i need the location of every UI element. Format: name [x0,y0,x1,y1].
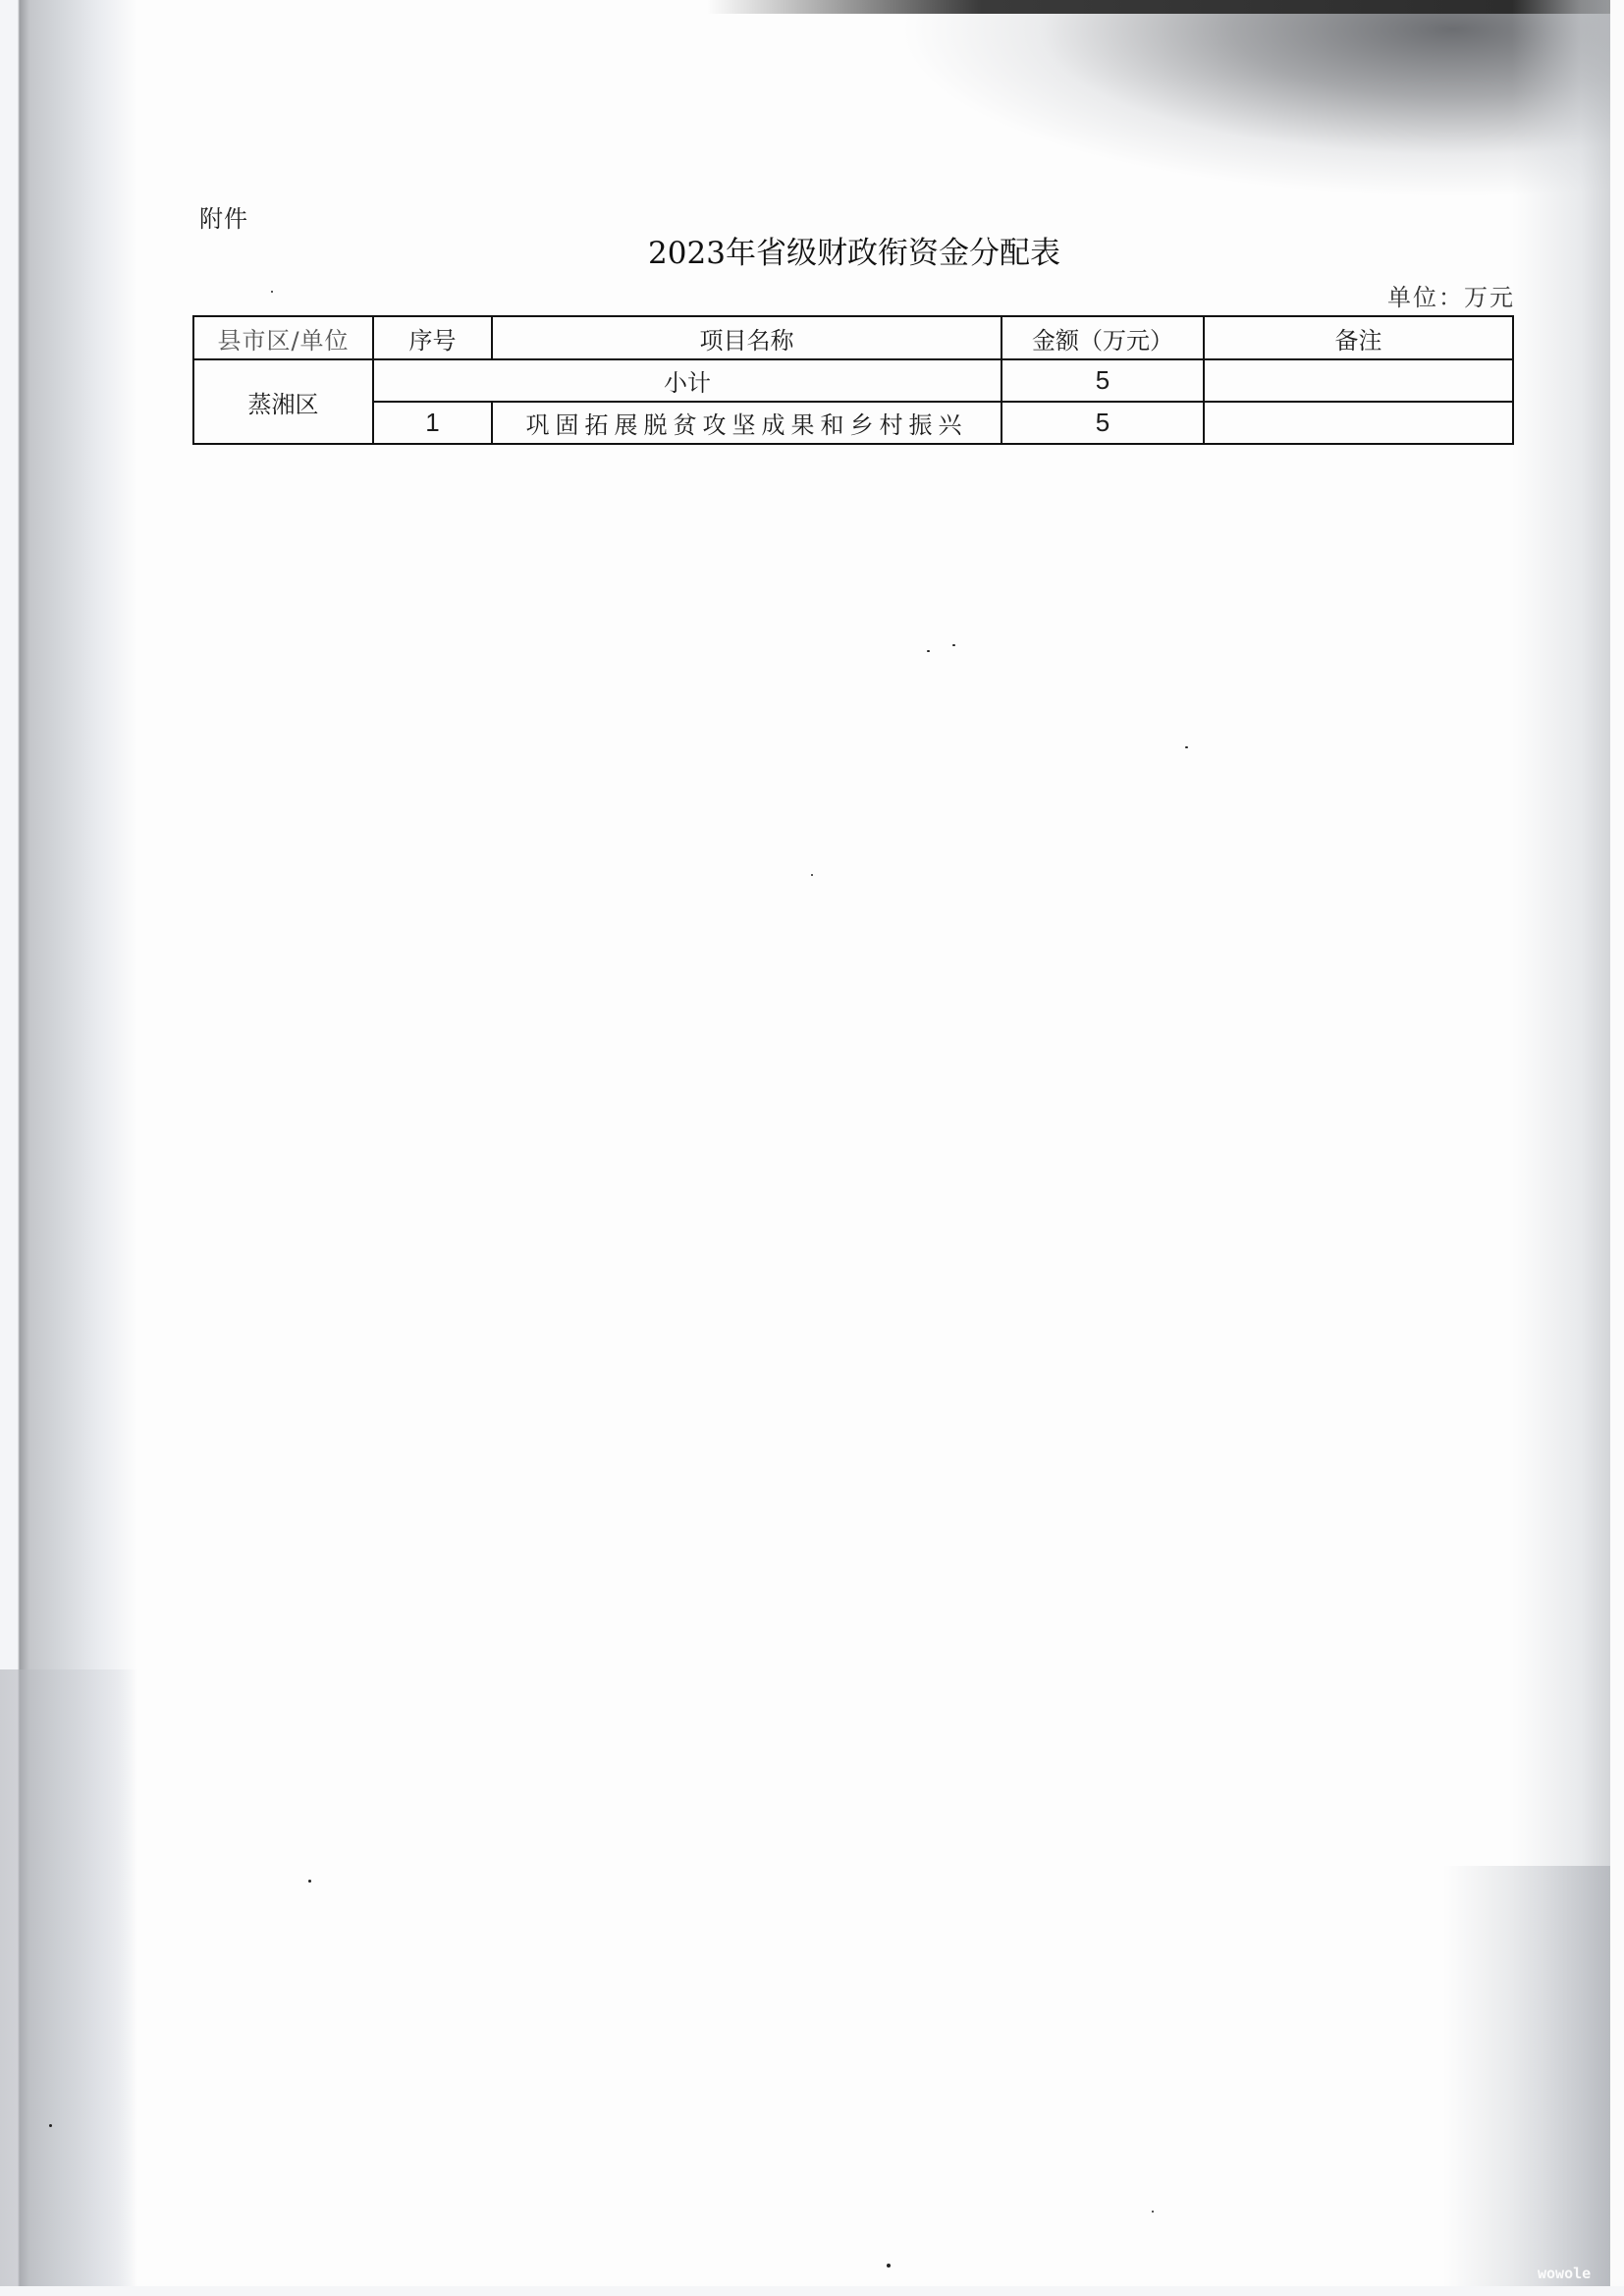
scanned-page: 附件 2023年省级财政衔资金分配表 单位：万元 县市区/单位 序号 项目名称 … [0,0,1624,2296]
header-amount: 金额（万元） [1001,316,1204,359]
item-remark [1204,402,1513,444]
page-edge-right [1610,0,1624,2296]
subtotal-remark [1204,359,1513,402]
document-title: 2023年省级财政衔资金分配表 [609,228,1100,272]
scan-speck [1152,2211,1154,2213]
unit-label: 单位：万元 [1370,278,1515,312]
header-remark: 备注 [1204,316,1513,359]
scan-speck [49,2124,52,2127]
scan-speck [927,650,930,652]
subtotal-row: 蒸湘区 小计 5 [193,359,1513,402]
item-amount: 5 [1001,402,1204,444]
region-cell: 蒸湘区 [193,359,373,444]
scan-speck [1185,746,1188,748]
scan-shadow-top-band [707,0,1624,14]
watermark: wowole [1538,2265,1610,2282]
header-project-name: 项目名称 [492,316,1001,359]
header-region: 县市区/单位 [193,316,373,359]
subtotal-label: 小计 [373,359,1001,402]
item-no: 1 [373,402,492,444]
header-no: 序号 [373,316,492,359]
scan-speck [811,874,813,876]
page-edge-bottom [0,2286,1624,2296]
attachment-label: 附件 [199,199,248,234]
table-header-row: 县市区/单位 序号 项目名称 金额（万元） 备注 [193,316,1513,359]
table-row: 1 巩固拓展脱贫攻坚成果和乡村振兴 5 [193,402,1513,444]
scan-shadow-left-lower [0,1669,137,2296]
scan-speck [952,644,955,646]
subtotal-amount: 5 [1001,359,1204,402]
scan-speck [271,291,273,293]
allocation-table: 县市区/单位 序号 项目名称 金额（万元） 备注 蒸湘区 小计 5 1 巩固拓展… [192,315,1514,445]
item-project-name: 巩固拓展脱贫攻坚成果和乡村振兴 [492,402,1001,444]
scan-shadow-right-lower [1443,1866,1610,2296]
scan-speck [308,1880,311,1883]
scan-speck [887,2264,891,2268]
